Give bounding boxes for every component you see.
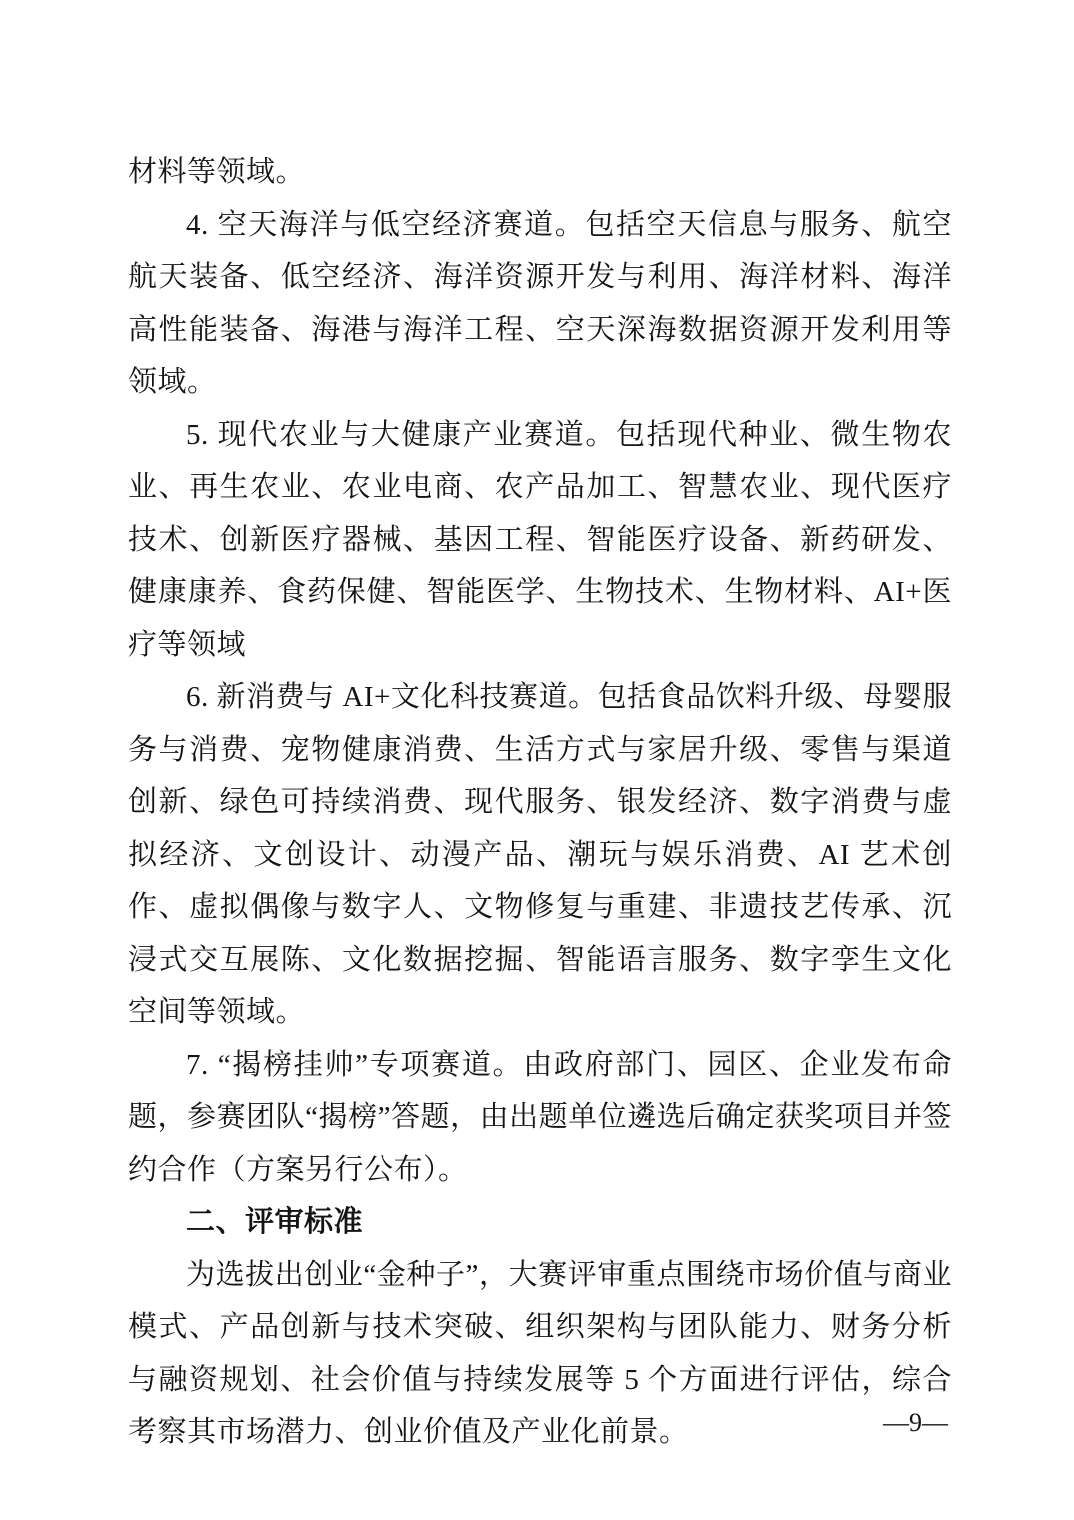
paragraph-continuation: 材料等领域。 [128, 146, 952, 199]
page-number: —9— [883, 1406, 948, 1440]
document-page: 材料等领域。 4. 空天海洋与低空经济赛道。包括空天信息与服务、航空航天装备、低… [0, 0, 1074, 1520]
section-heading-review-criteria: 二、评审标准 [128, 1196, 952, 1249]
paragraph-track-4: 4. 空天海洋与低空经济赛道。包括空天信息与服务、航空航天装备、低空经济、海洋资… [128, 199, 952, 409]
paragraph-track-5: 5. 现代农业与大健康产业赛道。包括现代种业、微生物农业、再生农业、农业电商、农… [128, 409, 952, 672]
paragraph-review-criteria: 为选拔出创业“金种子”，大赛评审重点围绕市场价值与商业模式、产品创新与技术突破、… [128, 1249, 952, 1459]
paragraph-track-7: 7. “揭榜挂帅”专项赛道。由政府部门、园区、企业发布命题，参赛团队“揭榜”答题… [128, 1039, 952, 1197]
paragraph-track-6: 6. 新消费与 AI+文化科技赛道。包括食品饮料升级、母婴服务与消费、宠物健康消… [128, 671, 952, 1039]
document-body: 材料等领域。 4. 空天海洋与低空经济赛道。包括空天信息与服务、航空航天装备、低… [128, 146, 952, 1459]
